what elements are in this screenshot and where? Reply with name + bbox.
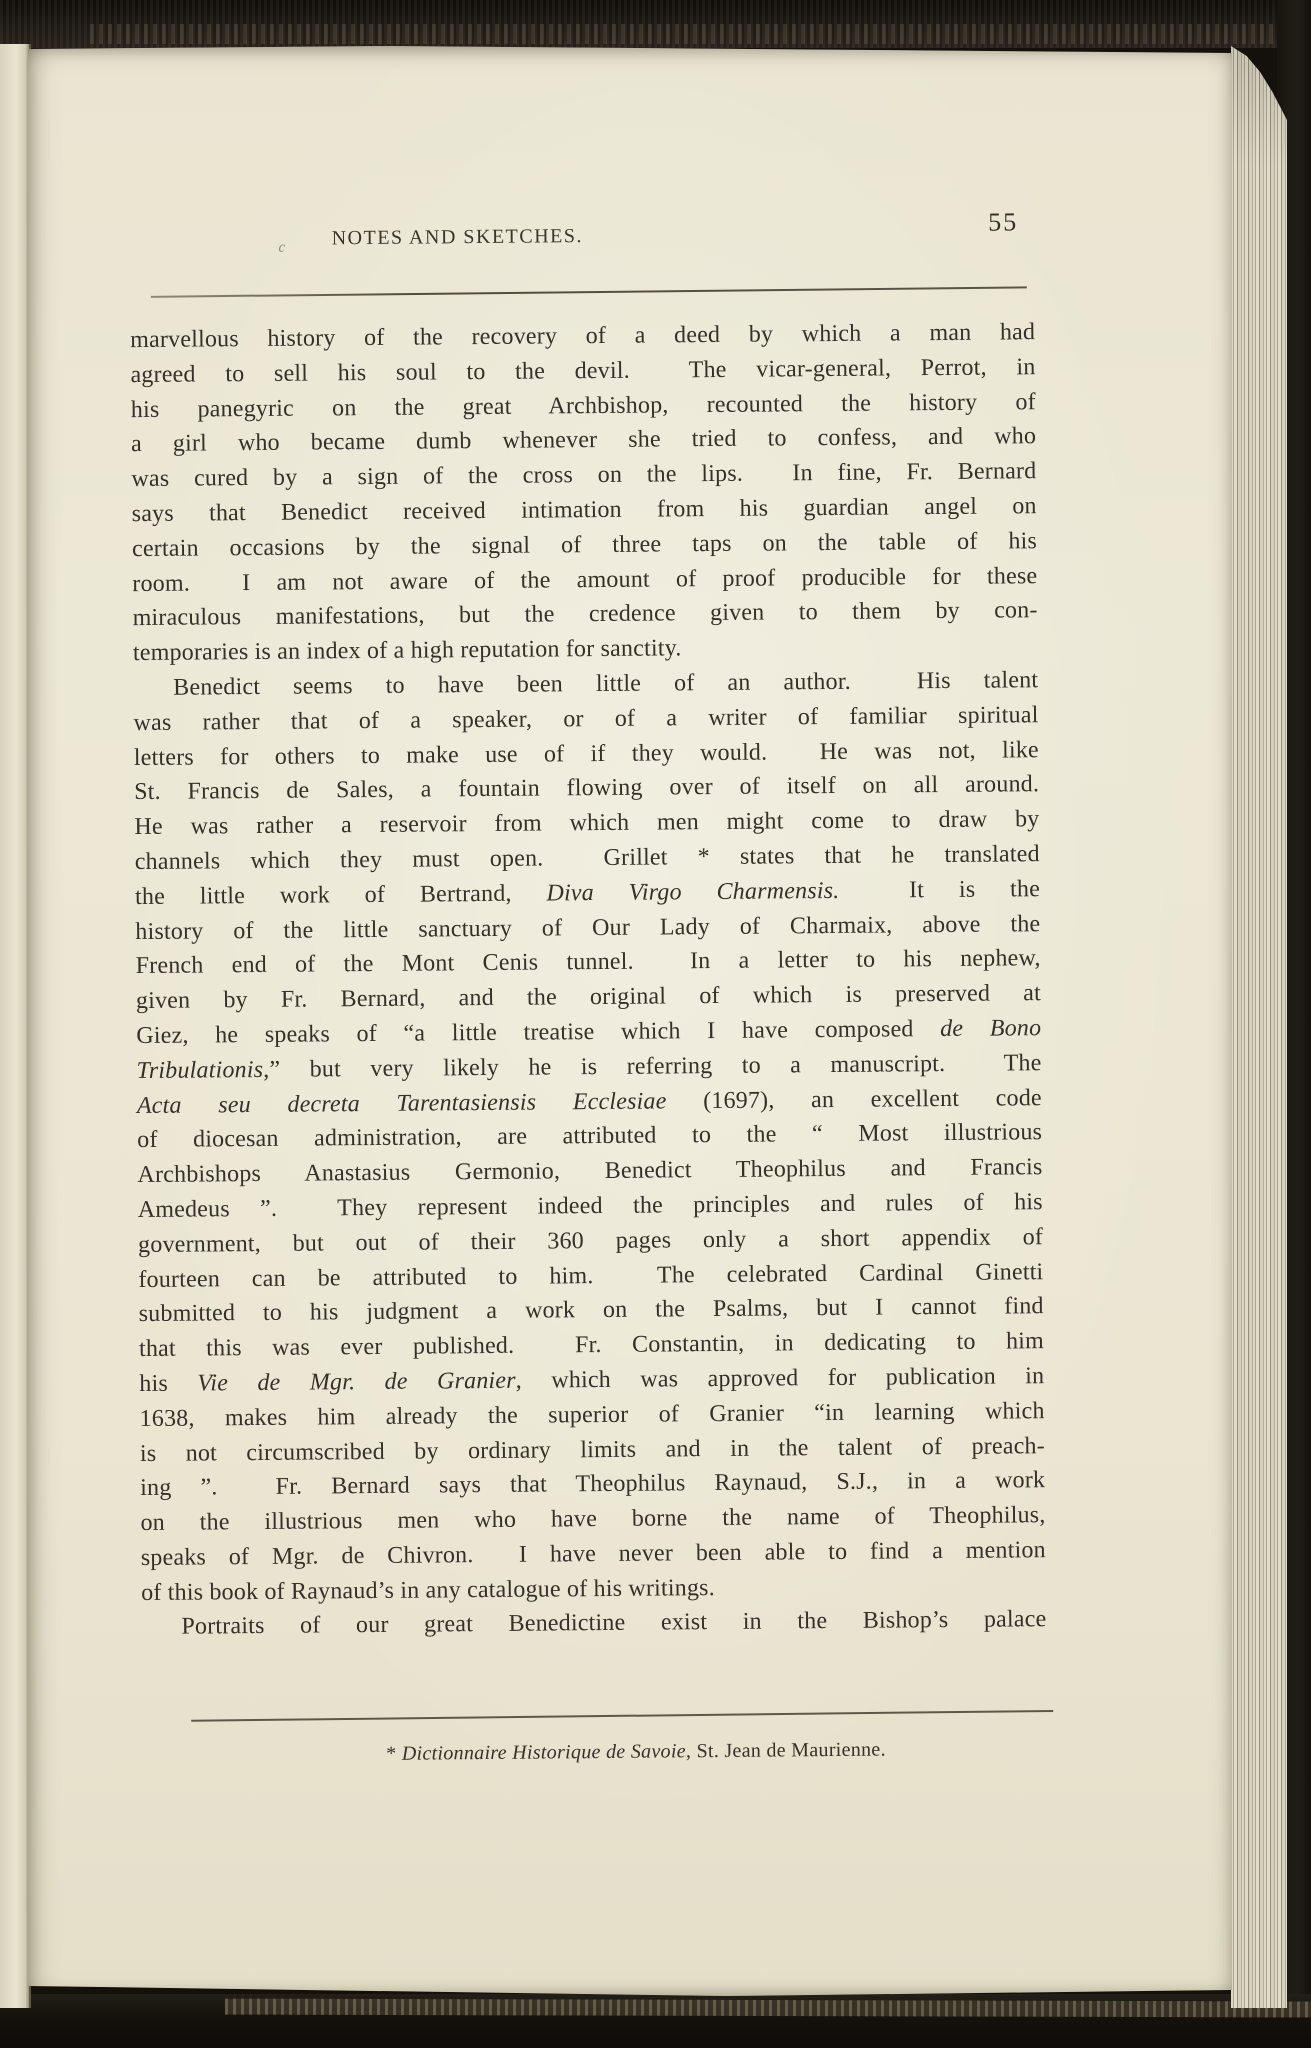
text-segment: the little work of Bertrand, [135, 880, 547, 910]
gutter-page-sliver [0, 44, 31, 2008]
text-segment: history of the little sanctuary of Our L… [135, 911, 1040, 945]
text-segment: on the illustrious men who have borne th… [140, 1502, 1045, 1536]
text-segment: temporaries is an index of a high reputa… [133, 635, 682, 666]
text-segment: agreed to sell his soul to the devil. Th… [130, 354, 1035, 388]
italic-text-segment: Dictionnaire Historique de Savoie [402, 1740, 686, 1764]
text-segment: a girl who became dumb whenever she trie… [131, 424, 1036, 458]
text-segment: He was rather a reservoir from which men… [134, 806, 1039, 840]
text-segment: submitted to his judgment a work on the … [139, 1293, 1044, 1327]
running-header-title: NOTES AND SKETCHES. [127, 223, 787, 252]
text-segment: 1638, makes him already the superior of … [140, 1398, 1045, 1432]
book-cover-bottom-edge [225, 1999, 1311, 2018]
text-segment: says that Benedict received intimation f… [132, 493, 1037, 527]
header-rule [151, 286, 1027, 297]
italic-text-segment: Acta seu decreta Tarentasiensis Ecclesia… [137, 1088, 667, 1119]
text-segment: letters for others to make use of if the… [134, 737, 1039, 771]
text-segment: room. I am not aware of the amount of pr… [132, 563, 1037, 597]
text-segment: miraculous manifestations, but the crede… [133, 598, 1038, 632]
text-segment: certain occasions by the signal of three… [132, 528, 1037, 562]
text-segment: , which was approved for publication in [516, 1363, 1045, 1394]
text-segment: speaks of Mgr. de Chivron. I have never … [141, 1537, 1046, 1571]
text-segment: his panegyric on the great Archbishop, r… [131, 389, 1036, 423]
text-segment: ,” but very likely he is referring to a … [263, 1050, 1042, 1083]
fore-edge-page-stack [1231, 46, 1287, 2008]
body-line: Portraits of our great Benedictine exist… [141, 1603, 1046, 1646]
italic-text-segment: Diva Virgo Charmensis. [546, 878, 839, 907]
italic-text-segment: de Bono [940, 1015, 1041, 1042]
footnote-text: * Dictionnaire Historique de Savoie, St.… [183, 1737, 1088, 1768]
body-text: marvellous history of the recovery of a … [130, 315, 1047, 1645]
text-segment: of this book of Raynaud’s in any catalog… [141, 1575, 715, 1606]
text-segment: Giez, he speaks of “a little treatise wh… [136, 1016, 940, 1049]
text-segment: ing ”. Fr. Bernard says that Theophilus … [140, 1467, 1045, 1501]
page-content: c NOTES AND SKETCHES. 55 marvellous hist… [19, 36, 1240, 1997]
text-segment: of diocesan administration, are attribut… [137, 1119, 1042, 1153]
text-segment: Amedeus ”. They represent indeed the pri… [138, 1189, 1043, 1223]
page-number: 55 [988, 207, 1058, 238]
text-segment: fourteen can be attributed to him. The c… [138, 1259, 1043, 1293]
text-segment: , St. Jean de Maurienne. [686, 1739, 886, 1763]
text-segment: channels which they must open. Grillet *… [135, 841, 1040, 875]
text-segment: given by Fr. Bernard, and the original o… [136, 980, 1041, 1014]
italic-text-segment: Vie de Mgr. de Granier [197, 1368, 516, 1397]
text-segment: * [386, 1743, 402, 1765]
footnote-rule [191, 1710, 1053, 1722]
text-segment: is not circumscribed by ordinary limits … [140, 1433, 1045, 1467]
text-segment: Archbishops Anastasius Germonio, Benedic… [137, 1154, 1042, 1188]
text-segment: (1697), an excellent code [666, 1085, 1042, 1114]
text-segment: marvellous history of the recovery of a … [130, 319, 1035, 353]
text-segment: St. Francis de Sales, a fountain flowing… [134, 772, 1039, 806]
text-segment: It is the [839, 876, 1040, 904]
text-segment: Portraits of our great Benedictine exist… [181, 1607, 1046, 1641]
text-segment: was rather that of a speaker, or of a wr… [133, 702, 1038, 736]
text-segment: French end of the Mont Cenis tunnel. In … [136, 946, 1041, 980]
text-segment: government, but out of their 360 pages o… [138, 1224, 1043, 1258]
book-page: c NOTES AND SKETCHES. 55 marvellous hist… [28, 46, 1232, 1997]
text-segment: that this was ever published. Fr. Consta… [139, 1328, 1044, 1362]
text-segment: Benedict seems to have been little of an… [173, 667, 1038, 701]
book-cover-cloth-texture [90, 24, 1311, 44]
text-segment: his [139, 1370, 197, 1397]
italic-text-segment: Tribulationis [136, 1057, 263, 1084]
text-segment: was cured by a sign of the cross on the … [131, 458, 1036, 492]
